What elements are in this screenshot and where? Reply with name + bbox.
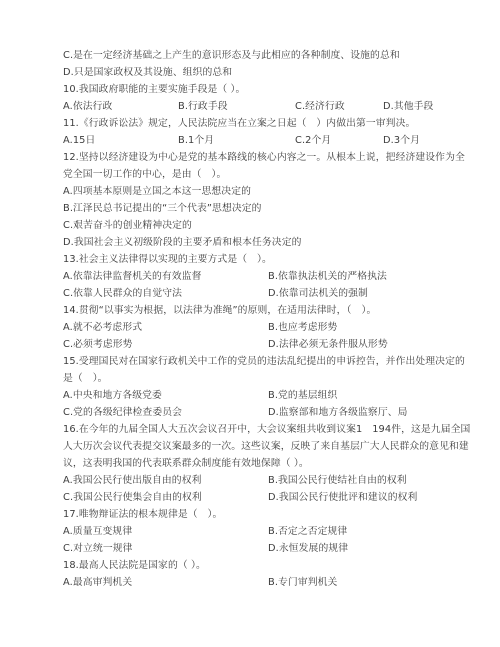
question-stem: 13.社会主义法律得以实现的主要方式是（ ）。 bbox=[63, 251, 439, 268]
answer-option: B.也应考虑形势 bbox=[268, 319, 439, 336]
answer-option: C.经济行政 bbox=[295, 98, 383, 115]
question-stem: 18.最高人民法院是国家的（ ）。 bbox=[63, 557, 439, 574]
answer-option: A.15日 bbox=[63, 132, 178, 149]
question-stem: 12.坚持以经济建设为中心是党的基本路线的核心内容之一。从根本上说，把经济建设作… bbox=[63, 149, 439, 166]
question-stem: 17.唯物辩证法的根本规律是（ ）。 bbox=[63, 506, 439, 523]
options-row: A.最高审判机关B.专门审判机关 bbox=[63, 574, 439, 591]
options-row: A.质量互变规律B.否定之否定规律 bbox=[63, 523, 439, 540]
question-stem: 党全国一切工作的中心，是由（ ）。 bbox=[63, 166, 439, 183]
answer-option: C.是在一定经济基础之上产生的意识形态及与此相应的各种制度、设施的总和 bbox=[63, 47, 439, 64]
answer-option: B.江泽民总书记提出的“三个代表”思想决定的 bbox=[63, 200, 439, 217]
options-row: A.我国公民行使出版自由的权利B.我国公民行使结社自由的权利 bbox=[63, 472, 439, 489]
answer-option: B.我国公民行使结社自由的权利 bbox=[268, 472, 439, 489]
options-row: C.党的各级纪律检查委员会D.监察部和地方各级监察厅、局 bbox=[63, 404, 439, 421]
answer-option: C.艰苦奋斗的创业精神决定的 bbox=[63, 217, 439, 234]
answer-option: A.我国公民行使出版自由的权利 bbox=[63, 472, 268, 489]
answer-option: D.我国社会主义初级阶段的主要矛盾和根本任务决定的 bbox=[63, 234, 439, 251]
exam-document: C.是在一定经济基础之上产生的意识形态及与此相应的各种制度、设施的总和D.只是国… bbox=[63, 47, 439, 591]
answer-option: D.法律必须无条件服从形势 bbox=[268, 336, 439, 353]
answer-option: B.党的基层组织 bbox=[268, 387, 439, 404]
answer-option: B.行政手段 bbox=[178, 98, 295, 115]
options-row: A.15日B.1个月C.2个月D.3个月 bbox=[63, 132, 439, 149]
options-row: C.必须考虑形势D.法律必须无条件服从形势 bbox=[63, 336, 439, 353]
options-row: A.依法行政B.行政手段C.经济行政D.其他手段 bbox=[63, 98, 439, 115]
answer-option: A.依靠法律监督机关的有效监督 bbox=[63, 268, 268, 285]
options-row: A.就不必考虑形式B.也应考虑形势 bbox=[63, 319, 439, 336]
answer-option: D.3个月 bbox=[383, 132, 439, 149]
question-stem: 是（ ）。 bbox=[63, 370, 439, 387]
answer-option: B.依靠执法机关的严格执法 bbox=[268, 268, 439, 285]
answer-option: A.依法行政 bbox=[63, 98, 178, 115]
answer-option: D.监察部和地方各级监察厅、局 bbox=[268, 404, 439, 421]
question-stem: 15.受理国民对在国家行政机关中工作的党员的违法乱纪提出的申诉控告，并作出处理决… bbox=[63, 353, 439, 370]
answer-option: D.其他手段 bbox=[383, 98, 439, 115]
options-row: A.依靠法律监督机关的有效监督B.依靠执法机关的严格执法 bbox=[63, 268, 439, 285]
answer-option: A.四项基本原则是立国之本这一思想决定的 bbox=[63, 183, 439, 200]
options-row: A.中央和地方各级党委B.党的基层组织 bbox=[63, 387, 439, 404]
question-stem: 16.在今年的九届全国人大五次会议召开中，大会议案组共收到议案1 194件，这是… bbox=[63, 421, 439, 438]
answer-option: A.质量互变规律 bbox=[63, 523, 268, 540]
question-stem: 议，这表明我国的代表联系群众制度能有效地保障（ ）。 bbox=[63, 455, 439, 472]
answer-option: C.2个月 bbox=[295, 132, 383, 149]
question-stem: 14.贯彻“以事实为根据，以法律为准绳”的原则，在适用法律时，（ ）。 bbox=[63, 302, 439, 319]
options-row: C.对立统一规律D.永恒发展的规律 bbox=[63, 540, 439, 557]
question-stem: 10.我国政府职能的主要实施手段是（ ）。 bbox=[63, 81, 439, 98]
answer-option: C.对立统一规律 bbox=[63, 540, 268, 557]
answer-option: D.我国公民行使批评和建议的权利 bbox=[268, 489, 439, 506]
answer-option: A.就不必考虑形式 bbox=[63, 319, 268, 336]
answer-option: B.1个月 bbox=[178, 132, 295, 149]
answer-option: C.必须考虑形势 bbox=[63, 336, 268, 353]
answer-option: B.专门审判机关 bbox=[268, 574, 439, 591]
answer-option: C.党的各级纪律检查委员会 bbox=[63, 404, 268, 421]
question-stem: 11.《行政诉讼法》规定，人民法院应当在立案之日起（ ）内做出第一审判决。 bbox=[63, 115, 439, 132]
answer-option: A.最高审判机关 bbox=[63, 574, 268, 591]
answer-option: A.中央和地方各级党委 bbox=[63, 387, 268, 404]
answer-option: D.依靠司法机关的强制 bbox=[268, 285, 439, 302]
question-stem: 人大历次会议代表提交议案最多的一次。这些议案，反映了来自基层广大人民群众的意见和… bbox=[63, 438, 439, 455]
answer-option: D.只是国家政权及其设施、组织的总和 bbox=[63, 64, 439, 81]
answer-option: B.否定之否定规律 bbox=[268, 523, 439, 540]
answer-option: D.永恒发展的规律 bbox=[268, 540, 439, 557]
answer-option: C.我国公民行使集会自由的权利 bbox=[63, 489, 268, 506]
options-row: C.我国公民行使集会自由的权利D.我国公民行使批评和建议的权利 bbox=[63, 489, 439, 506]
answer-option: C.依靠人民群众的自觉守法 bbox=[63, 285, 268, 302]
options-row: C.依靠人民群众的自觉守法D.依靠司法机关的强制 bbox=[63, 285, 439, 302]
